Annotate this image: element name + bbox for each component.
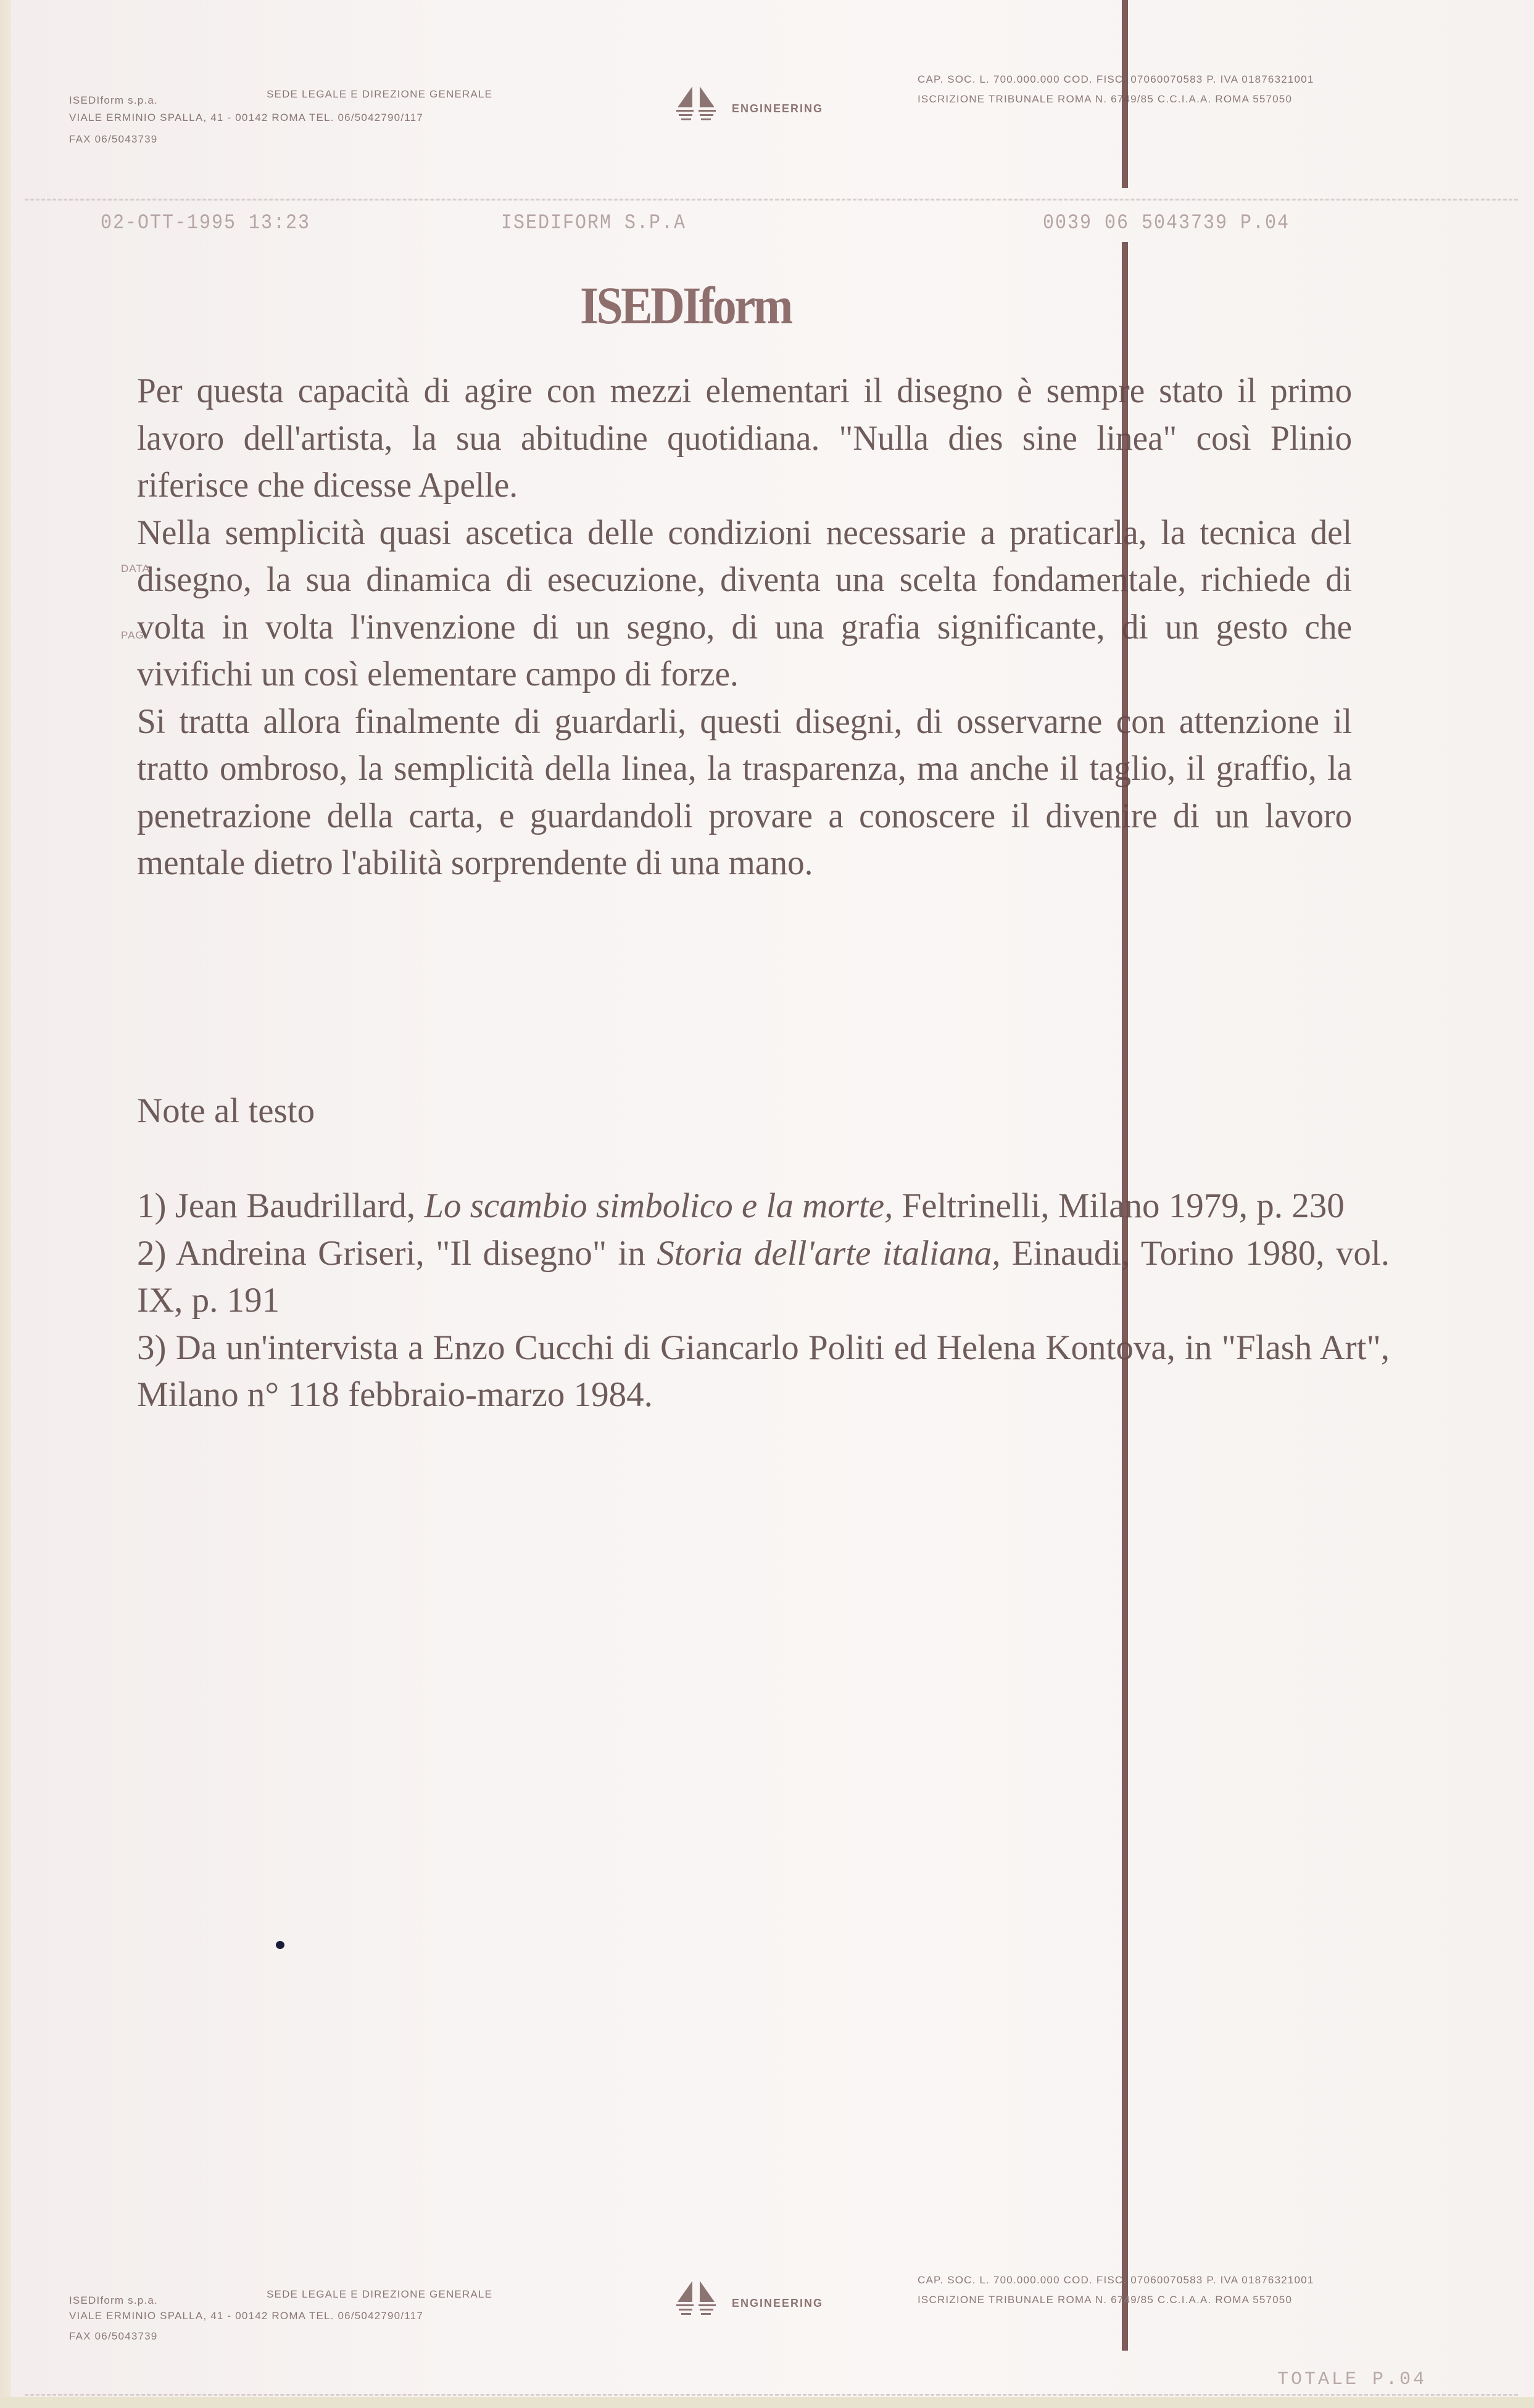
letterhead-bottom-fax: FAX 06/5043739 [69,2330,157,2343]
letterhead-company: ISEDIform s.p.a. [69,94,158,107]
notes-title: Note al testo [137,1091,315,1131]
letterhead-address: VIALE ERMINIO SPALLA, 41 - 00142 ROMA TE… [69,111,423,125]
scan-artifact-line [1122,0,1128,188]
engineering-logo-icon [674,85,718,122]
letterhead-bottom-iscrizione: ISCRIZIONE TRIBUNALE ROMA N. 6749/85 C.C… [918,2293,1292,2307]
fax-separator-bottom [25,2394,1518,2396]
letterhead-sede: SEDE LEGALE E DIREZIONE GENERALE [267,88,492,101]
letterhead-bottom-sede: SEDE LEGALE E DIREZIONE GENERALE [267,2288,492,2301]
brand-title: ISEDIform [580,275,791,336]
engineering-logo-bottom: ENGINEERING [674,2280,823,2317]
body-paragraph: Si tratta allora finalmente di guardarli… [137,698,1352,887]
scan-artifact-line [1122,242,1128,2351]
letterhead-bottom-address: VIALE ERMINIO SPALLA, 41 - 00142 ROMA TE… [69,2309,423,2323]
note-item: 2) Andreina Griseri, "Il disegno" in Sto… [137,1230,1390,1325]
fax-number-page: 0039 06 5043739 P.04 [1043,211,1290,235]
margin-mark-data: DATA [121,563,150,575]
paper-left-edge [0,0,11,2408]
letterhead-bottom-company: ISEDIform s.p.a. [69,2294,158,2307]
fax-total-pages: TOTALE P.04 [1277,2369,1427,2390]
body-paragraph: Per questa capacità di agire con mezzi e… [137,368,1352,510]
engineering-logo: ENGINEERING [674,85,823,122]
body-paragraph: Nella semplicità quasi ascetica delle co… [137,510,1352,698]
engineering-logo-text: ENGINEERING [732,102,823,115]
fax-separator-top [25,199,1518,201]
letterhead-iscrizione: ISCRIZIONE TRIBUNALE ROMA N. 6749/85 C.C… [918,93,1292,106]
letterhead-cap-soc: CAP. SOC. L. 700.000.000 COD. FISC. 0706… [918,73,1314,86]
margin-mark-pag: PAG. [121,629,147,642]
fax-sender: ISEDIFORM S.P.A [501,211,686,235]
notes-list: 1) Jean Baudrillard, Lo scambio simbolic… [137,1183,1390,1419]
torn-paper-edge [0,2397,1534,2408]
fax-date-time: 02-OTT-1995 13:23 [101,211,310,235]
engineering-logo-text: ENGINEERING [732,2297,823,2310]
note-item: 1) Jean Baudrillard, Lo scambio simbolic… [137,1183,1390,1230]
letterhead-fax: FAX 06/5043739 [69,133,157,146]
note-item: 3) Da un'intervista a Enzo Cucchi di Gia… [137,1325,1390,1419]
ink-speck [276,1941,284,1949]
letterhead-bottom-cap-soc: CAP. SOC. L. 700.000.000 COD. FISC. 0706… [918,2274,1314,2287]
body-text: Per questa capacità di agire con mezzi e… [137,368,1352,887]
engineering-logo-icon [674,2280,718,2317]
